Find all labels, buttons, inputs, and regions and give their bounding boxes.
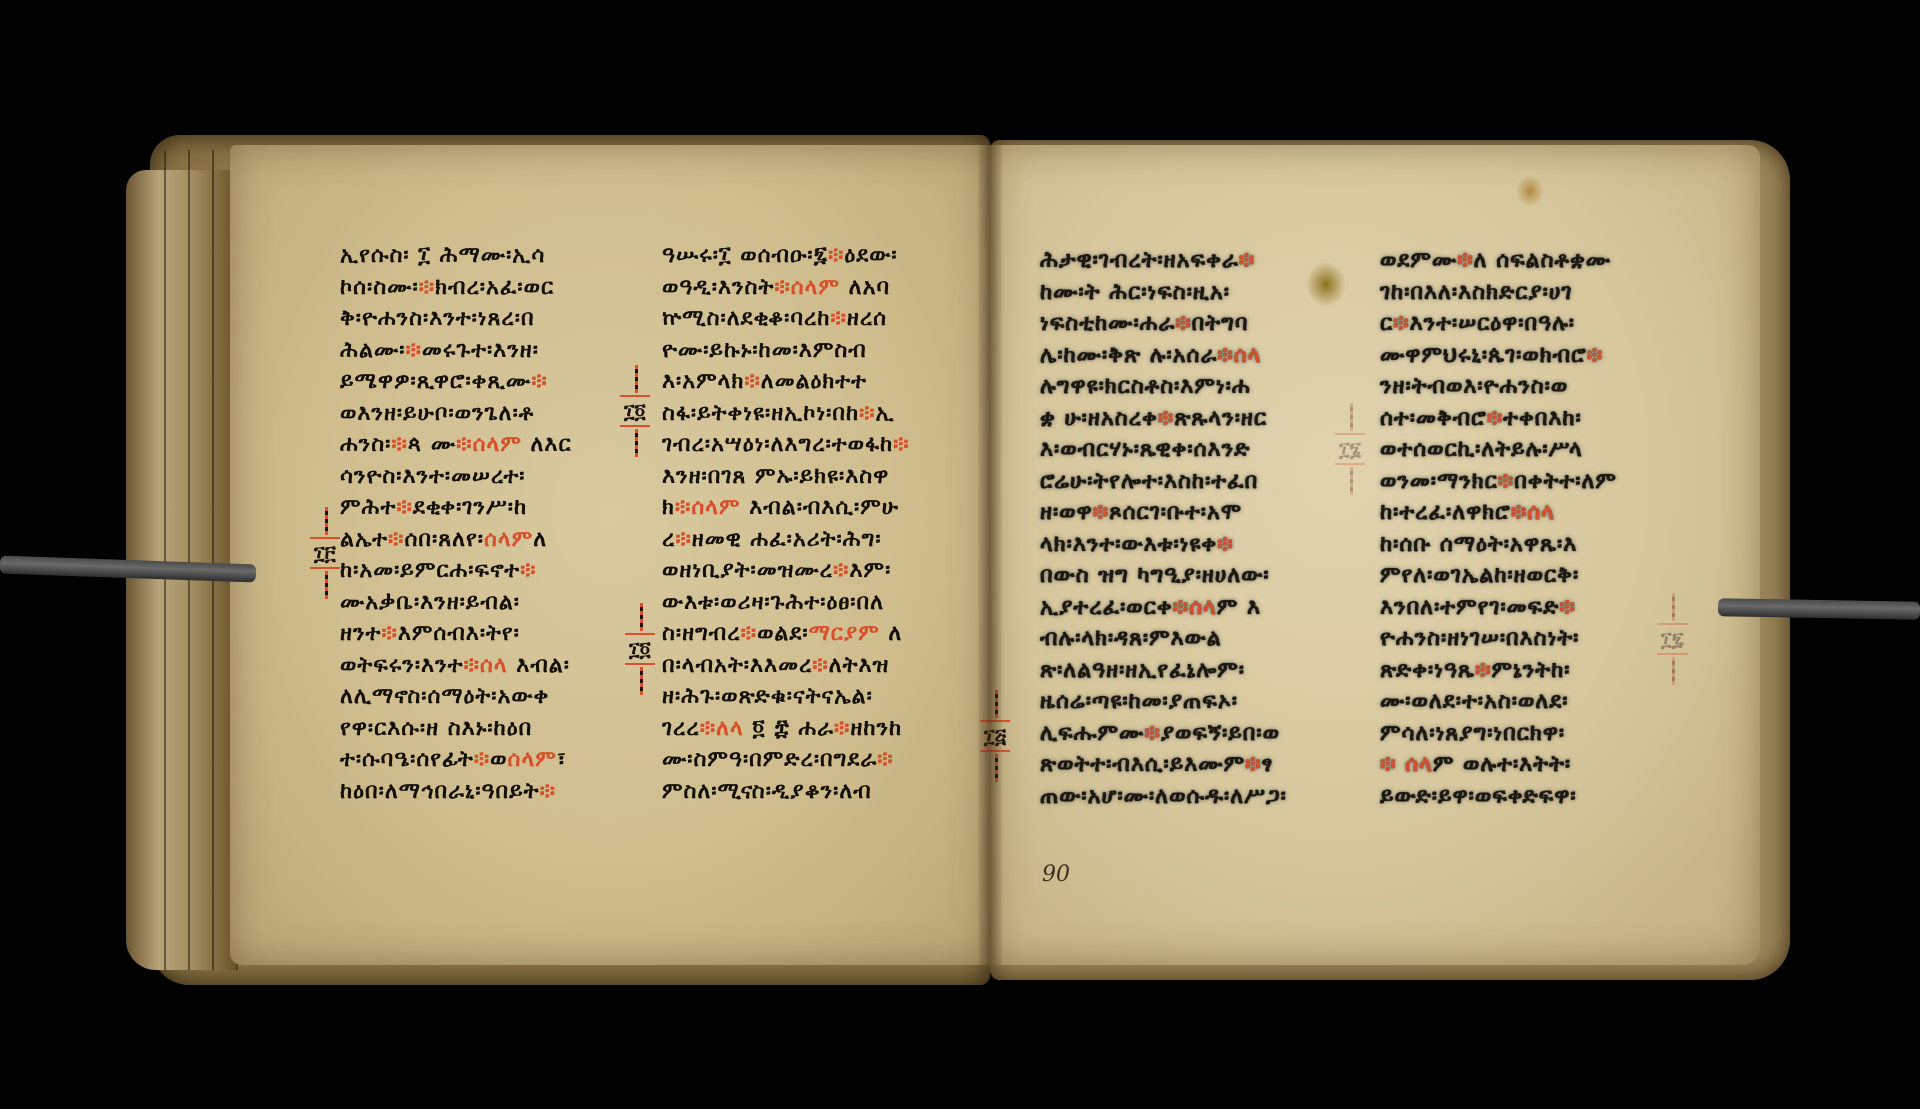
manuscript-line: ሙ፡ወለደ፡ተ፡አስ፡ወለደ፡: [1380, 686, 1617, 718]
manuscript-line: የዋ፡ርእሱ፡ዘ ስእኑ፡ከዕበ: [340, 713, 572, 745]
manuscript-line: ሙ፡ስምዓ፡በምድረ፡በግደራ፨: [662, 744, 910, 776]
manuscript-line: ዮሙ፡ይኩኑ፡ከመ፡እምስብ: [662, 335, 910, 367]
manuscript-line: ጽወትተ፡ብእሲ፡ይእሙም፨ፃ: [1040, 749, 1287, 781]
manuscript-line: ወንመ፡ማንክር፨በቀትተ፡ለም: [1380, 466, 1617, 498]
manuscript-line: ሕልሙ፡፨መሩጉተ፡እንዘ፡: [340, 335, 572, 367]
manuscript-line: ወደምሙ፨ለ ሰፍልስቶቋሙ: [1380, 245, 1617, 277]
manuscript-line: ጠው፡አሆ፡ሙ፡ለወሱዱ፡ለሥጋ፡: [1040, 781, 1287, 813]
left-page: ኢየሱስ፡ ፲ ሕማሙ፡ኢሳኮሰ፡ስሙ፡፨ክብረ፡አፈ፡ወርቅ፡ዮሐንስ፡እንተ…: [230, 145, 990, 965]
right-page: ሕታዊ፡ገብረት፡ዘአፍቀራ፨ከሙ፡ት ሕር፡ነፍስ፡ዚአ፡ነፍስቲከሙ፡ሐራ፨…: [990, 145, 1760, 965]
manuscript-line: ሊፍሑምሙ፨ያወፍኝ፡ይበ፡ወ: [1040, 718, 1287, 750]
manuscript-line: ወተሰወርኪ፡ለትይሉ፡ሥላ: [1380, 434, 1617, 466]
manuscript-line: ስፋ፡ይትቀነዩ፡ዘኢኮነ፡በከ፨ኢ: [662, 398, 910, 430]
manuscript-line: ሌ፡ከሙ፡ቅጽ ሉ፡አሰራ፨ሰላ: [1040, 340, 1287, 372]
manuscript-line: ሙዋምህሩኒ፡ጴገ፡ወክብሮ፨: [1380, 340, 1617, 372]
manuscript-line: ነፍስቲከሙ፡ሐራ፨በትግባ: [1040, 308, 1287, 340]
manuscript-line: ከ፡ተረፈ፡ለዋክሮ፨ሰላ: [1380, 497, 1617, 529]
margin-section-number: ፲፯: [1657, 623, 1688, 655]
manuscript-line: ሰተ፡መቅብሮ፨ተቀበእከ፡: [1380, 403, 1617, 435]
manuscript-line: ምስለ፡ሚናስ፡ዲያቆን፡ለብ: [662, 776, 910, 808]
water-stain: [1516, 175, 1544, 207]
pencil-foliation-number: 90: [1042, 862, 1070, 887]
manuscript-line: ከሙ፡ት ሕር፡ነፍስ፡ዚአ፡: [1040, 277, 1287, 309]
manuscript-line: ሕታዊ፡ገብረት፡ዘአፍቀራ፨: [1040, 245, 1287, 277]
manuscript-line: ወእንዘ፡ይሁቦ፡ወንጌለ፡ቶ: [340, 398, 572, 430]
manuscript-line: እ፡ወብርሃኑ፡ጼዊቀ፡ሰእንድ: [1040, 434, 1287, 466]
manuscript-line: ዘንተ፨እምሰብእ፡ትየ፡: [340, 618, 572, 650]
manuscript-line: ላክ፡እንተ፡ውእቱ፡ነዩቀ፨: [1040, 529, 1287, 561]
manuscript-line: ብሉ፡ላክ፡ዳጸ፡ምእውል: [1040, 623, 1287, 655]
book-gutter: [978, 145, 1002, 965]
manuscript-line: ዜሰሬ፡ጣዩ፡ከመ፡ያጠፍኦ፡: [1040, 686, 1287, 718]
right-page-column-1: ሕታዊ፡ገብረት፡ዘአፍቀራ፨ከሙ፡ት ሕር፡ነፍስ፡ዚአ፡ነፍስቲከሙ፡ሐራ፨…: [1040, 245, 1287, 812]
manuscript-line: ወዘነቢያት፡መዝሙረ፨እም፡: [662, 555, 910, 587]
manuscript-line: ፨ ሰላም ወሉተ፡እትት፡: [1380, 749, 1617, 781]
manuscript-line: ኮሰ፡ስሙ፡፨ክብረ፡አፈ፡ወር: [340, 272, 572, 304]
manuscript-line: ኢያተረፈ፡ወርቀ፨ሰላም እ: [1040, 592, 1287, 624]
manuscript-line: ይውድ፡ይዋ፡ወፍቀድፍዋ፡: [1380, 781, 1617, 813]
manuscript-line: ር፨እንተ፡ሠርዕዋ፡በዓሉ፡: [1380, 308, 1617, 340]
left-leaf-lines: [150, 150, 240, 970]
manuscript-line: ወትፍሩን፡እንተ፨ሰላ እብል፡: [340, 650, 572, 682]
right-bookmark-ribbon[interactable]: [1718, 598, 1920, 620]
manuscript-line: ምየለ፡ወገኤልከ፡ዘወርቅ፡: [1380, 560, 1617, 592]
manuscript-line: ዘ፡ወዋ፨ጾሰርገ፡ቡተ፡አሞ: [1040, 497, 1287, 529]
manuscript-line: ሳንዮስ፡እንተ፡መሠረተ፡: [340, 461, 572, 493]
manuscript-line: ገከ፡በእለ፡እስክድርያ፡ሀገ: [1380, 277, 1617, 309]
right-page-column-2: ወደምሙ፨ለ ሰፍልስቶቋሙገከ፡በእለ፡እስክድርያ፡ሀገር፨እንተ፡ሠርዕዋ…: [1380, 245, 1617, 812]
manuscript-line: ዮሐንስ፡ዘነገሠ፡በእስነት፡: [1380, 623, 1617, 655]
manuscript-line: እ፡አምላክ፨ለመልዕክተተ: [662, 366, 910, 398]
manuscript-line: ከ፡ሰቡ ሰማዕት፡አዋጼ፡እ: [1380, 529, 1617, 561]
manuscript-line: ረ፨ዘመዊ ሐፈ፡አሪት፡ሕግ፡: [662, 524, 910, 556]
manuscript-line: ኢየሱስ፡ ፲ ሕማሙ፡ኢሳ: [340, 240, 572, 272]
manuscript-line: እንበለ፡ተምየገ፡መፍድ፨: [1380, 592, 1617, 624]
manuscript-line: ጽድቀ፡ነዓጼ፨ምኔንትከ፡: [1380, 655, 1617, 687]
manuscript-line: ሮሬሁ፡ትየሎተ፡እስከ፡ተፈበ: [1040, 466, 1287, 498]
manuscript-line: ለሊማኖስ፡ሰማዕት፡አውቀ: [340, 681, 572, 713]
manuscript-line: ልኤተ፨ሰበ፡ጸለየ፡ሰላምለ: [340, 524, 572, 556]
manuscript-line: ከዕበ፡ለማኅበራኒ፡ዓበይት፨: [340, 776, 572, 808]
manuscript-line: ጽ፡ለልዓዘ፡ዘኢየፈኔሎም፡: [1040, 655, 1287, 687]
manuscript-line: ይሜዋዎ፡ጺዋሮ፡ቀጺሙ፨: [340, 366, 572, 398]
margin-section-number: ፲፬: [620, 395, 650, 427]
manuscript-line: ዓሡሩ፡፲ ወሰብዑ፡፯፨ዕደው፡: [662, 240, 910, 272]
margin-section-number: ፲፮: [1335, 433, 1365, 465]
manuscript-line: ወዓዲ፡እንስት፨ሰላም ለአባ: [662, 272, 910, 304]
margin-section-number: ፲፬: [625, 633, 655, 665]
manuscript-line: ምሳለ፡ነጸያግ፡ነበርክዋ፡: [1380, 718, 1617, 750]
manuscript-line: ቋ ሁ፡ዘአስረቀ፨ጽጹላን፡ዘር: [1040, 403, 1287, 435]
manuscript-line: ምሕተ፨ደቂቀ፡ገንሥ፡ከ: [340, 492, 572, 524]
manuscript-line: ኵሚስ፡ለደቂቆ፡ባረከ፨ዘረሰ: [662, 303, 910, 335]
manuscript-line: ሙአቃቤ፡እንዘ፡ይብል፡: [340, 587, 572, 619]
manuscript-line: ክ፨ሰላም እብል፡ብእሲ፡ምሁ: [662, 492, 910, 524]
manuscript-line: ተ፡ሱባዔ፡ሰየፊት፨ወሰላም፣: [340, 744, 572, 776]
water-stain: [1306, 262, 1346, 307]
manuscript-line: ሉግዋዩ፡ክርስቶስ፡እምነ፡ሐ: [1040, 371, 1287, 403]
manuscript-line: ቅ፡ዮሐንስ፡እንተ፡ነጸረ፡በ: [340, 303, 572, 335]
manuscript-line: ገብረ፡አሣዕነ፡ለእግረ፡ተወፋከ፨: [662, 429, 910, 461]
manuscript-line: ከ፡አመ፡ይምርሐ፡ፍኖተ፨: [340, 555, 572, 587]
left-page-column-1: ኢየሱስ፡ ፲ ሕማሙ፡ኢሳኮሰ፡ስሙ፡፨ክብረ፡አፈ፡ወርቅ፡ዮሐንስ፡እንተ…: [340, 240, 572, 807]
manuscript-line: በውስ ዝግ ካግዒያ፡ዘሀለው፡: [1040, 560, 1287, 592]
manuscript-line: ዘ፡ሕጉ፡ወጽድቁ፡ናትናኤል፡: [662, 681, 910, 713]
manuscript-line: ገረረ፨ለላ ፬ ፰ ሐራ፨ዘከንከ: [662, 713, 910, 745]
manuscript-line: ንዘ፡ትብወእ፡ዮሐንስ፡ወ: [1380, 371, 1617, 403]
manuscript-line: እንዘ፡በገጸ ምኡ፡ይክዩ፡እስዋ: [662, 461, 910, 493]
manuscript-line: ሐንስ፡፨ጳ ሙ፨ሰላም ለእር: [340, 429, 572, 461]
left-page-column-2: ዓሡሩ፡፲ ወሰብዑ፡፯፨ዕደው፡ወዓዲ፡እንስት፨ሰላም ለአባኵሚስ፡ለደቂ…: [662, 240, 910, 807]
manuscript-line: ስ፡ዘግብረ፨ወልደ፡ማርያም ለ: [662, 618, 910, 650]
margin-section-number: ፲፫: [310, 537, 340, 569]
manuscript-photo: ኢየሱስ፡ ፲ ሕማሙ፡ኢሳኮሰ፡ስሙ፡፨ክብረ፡አፈ፡ወርቅ፡ዮሐንስ፡እንተ…: [0, 0, 1920, 1109]
manuscript-line: በ፡ላብአት፡እእመረ፨ለትእዝ: [662, 650, 910, 682]
manuscript-line: ውእቱ፡ወሪዛ፡ጉሕተ፡ዕፀ፡በለ: [662, 587, 910, 619]
